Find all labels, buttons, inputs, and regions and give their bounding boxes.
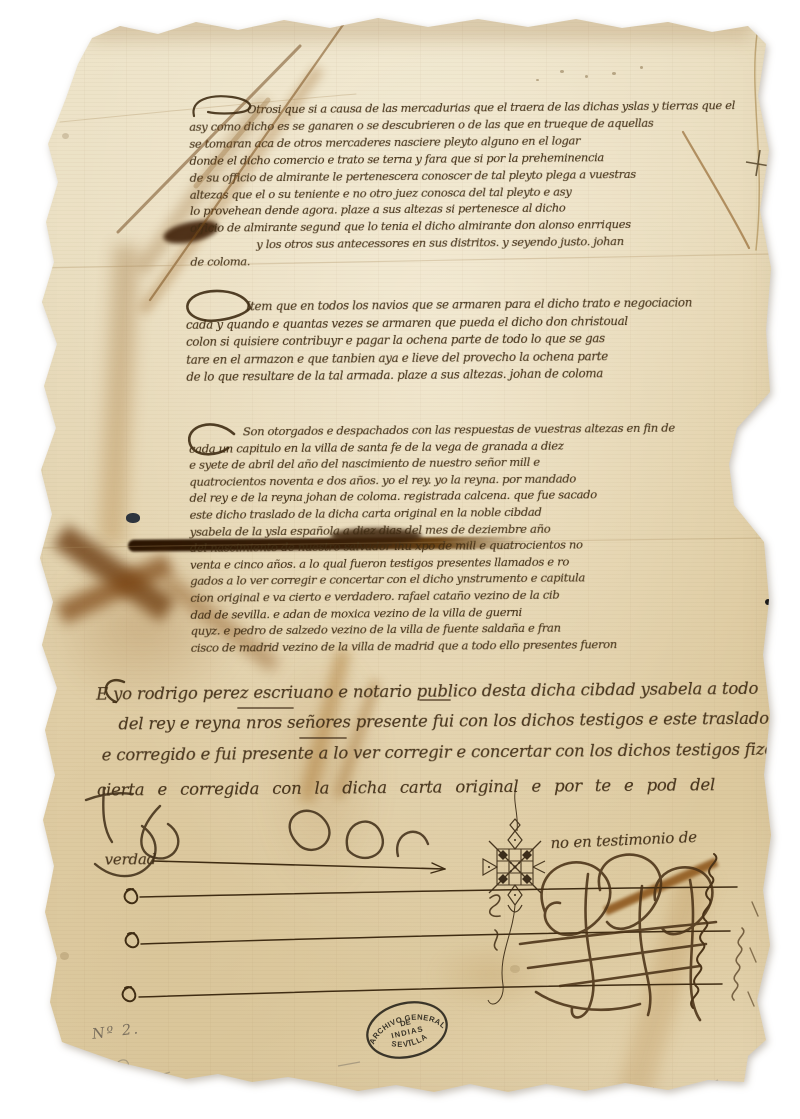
- manuscript-text-line: cisco de madrid vezino de la villa de ma…: [191, 635, 677, 656]
- paper-shadow: Otrosi que si a causa de las mercadurias…: [0, 0, 800, 1119]
- testimonio-phrase: no en testimonio de: [550, 828, 697, 852]
- notary-subscription-line: E yo rodrigo perez escriuano e notario p…: [96, 679, 758, 704]
- notary-subscription-line: del rey e reyna nros señores presente fu…: [118, 708, 800, 733]
- manuscript-text-layer: Otrosi que si a causa de las mercadurias…: [0, 0, 800, 1119]
- verdad-word: verdad: [105, 850, 157, 868]
- notary-subscription-line: cierta e corregida con la dicha carta or…: [97, 775, 715, 799]
- manuscript-text-line: de lo que resultare de la tal armada. pl…: [186, 365, 692, 387]
- capitulation-paragraph-4: Otrosi que si a causa de las mercadurias…: [189, 97, 736, 271]
- capitulation-paragraph-5: Item que en todos los navios que se arma…: [186, 294, 693, 386]
- closing-paragraph: Son otorgados e despachados con las resp…: [189, 420, 677, 657]
- notary-subscription-line: e corregido e fui presente a lo ver corr…: [102, 739, 800, 764]
- document-photo: Otrosi que si a causa de las mercadurias…: [0, 0, 800, 1119]
- manuscript-page: Otrosi que si a causa de las mercadurias…: [0, 0, 800, 1119]
